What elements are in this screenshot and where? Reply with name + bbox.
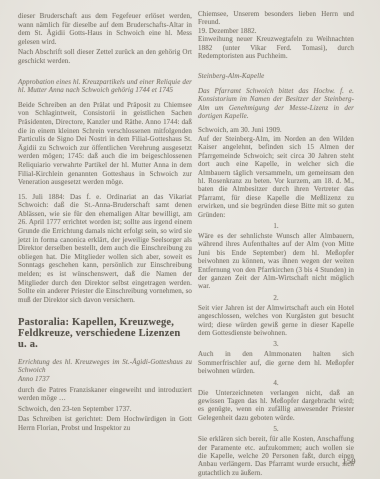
- list-number-5: 5.: [198, 425, 354, 434]
- paragraph-continued-from-previous-page: dieser Bruderschaft aus dem Fegefeuer er…: [18, 12, 192, 46]
- section-heading-pastoralia: Pastoralia: Kapellen, Kreuzwege, Feldkre…: [18, 318, 192, 350]
- paragraph-cut-at-page-bottom: Das Schreiben ist gerichtet: Dem Hochwür…: [18, 415, 192, 432]
- left-column: dieser Bruderschaft aus dem Fegefeuer er…: [18, 12, 192, 433]
- right-column: Chiemsee, Unserem besonders lieben Herrn…: [198, 10, 354, 477]
- entry-summary-italic: Das Pfarramt Schwoich bittet das Hochw. …: [198, 87, 354, 121]
- entry-subheading-steinberg-alm-kapelle: Steinberg-Alm-Kapelle: [198, 72, 354, 80]
- list-item-3: Auch in den Almmonaten halten sich Somme…: [198, 350, 354, 375]
- list-item-2: Seit vier Jahren ist der Almwirtschaft a…: [198, 304, 354, 338]
- paragraph: Einweihung neuer Kreuzwegtafeln zu Weihn…: [198, 35, 354, 60]
- scanned-book-page: dieser Bruderschaft aus dem Fegefeuer er…: [0, 0, 380, 479]
- paragraph: Auf der Steinberg-Alm, im Norden an den …: [198, 135, 354, 219]
- list-number-2: 2.: [198, 294, 354, 303]
- list-item-4: Die Unterzeichneten verlangen nicht, daß…: [198, 389, 354, 423]
- list-item-1: Wäre es der sehnlichste Wunsch aller Alm…: [198, 232, 354, 291]
- page-number: 159: [343, 457, 357, 466]
- date-line: 19. Dezember 1882.: [198, 27, 354, 35]
- date-line: Schwoich, den 23-ten September 1737.: [18, 405, 192, 414]
- paragraph: Beide Schreiben an den Prälat und Präpos…: [18, 101, 192, 187]
- paragraph: durch die Patres Franziskaner eingeweiht…: [18, 386, 192, 403]
- entry-subheading-kreuzweg: Errichtung des hl. Kreuzweges im St.-Ägi…: [18, 358, 192, 375]
- entry-subheading-approbation: Approbation eines hl. Kreuzpartikels und…: [18, 78, 192, 95]
- entry-subheading-year: Anno 1737: [18, 375, 192, 384]
- date-line: Schwoich, am 30. Juni 1909.: [198, 126, 354, 134]
- list-number-1: 1.: [198, 222, 354, 231]
- paragraph: 15. Juli 1884: Das f. e. Ordinariat an d…: [18, 193, 192, 305]
- list-number-4: 4.: [198, 379, 354, 388]
- paragraph-continued-from-left-column: Chiemsee, Unserem besonders lieben Herrn…: [198, 10, 354, 27]
- list-number-3: 3.: [198, 340, 354, 349]
- list-item-5: Sie erklären sich bereit, für alle Koste…: [198, 435, 354, 477]
- paragraph: Nach Abschrift soll dieser Zettel zurück…: [18, 48, 192, 65]
